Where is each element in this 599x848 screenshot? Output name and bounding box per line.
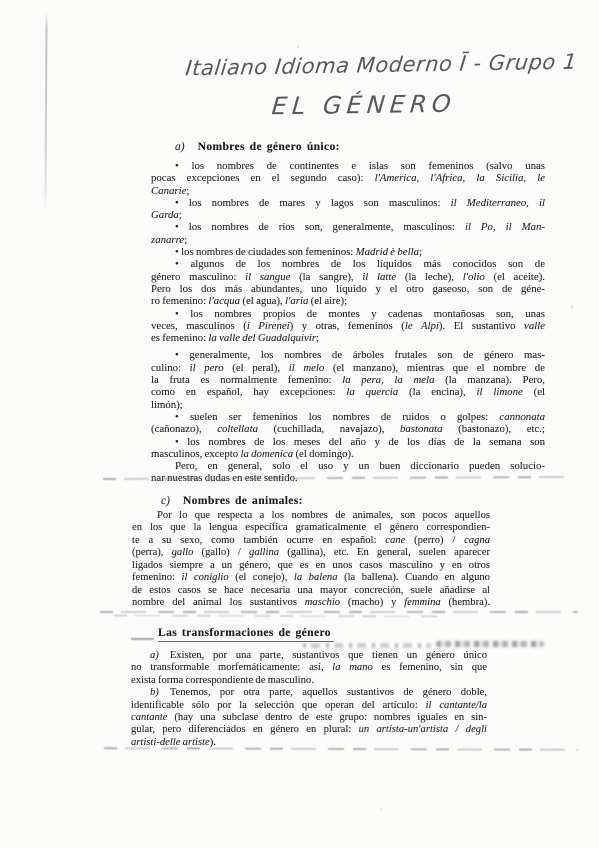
text-line: • los nombres de ríos son, generalmente,…: [151, 221, 545, 233]
section-body-transformaciones: a)Existen, por una parte, sustantivos qu…: [131, 650, 487, 749]
section-heading-transformaciones: Las transformaciones de género: [158, 623, 334, 641]
text-line: masculinos, excepto la domenica (el domi…: [151, 448, 545, 460]
crease-line-artifact: [131, 638, 154, 640]
text-run: ligados siempre a un género, que es en u…: [132, 560, 490, 571]
text-run: il melo: [289, 362, 325, 374]
text-run: • los nombres de mares y lagos son mascu…: [175, 197, 451, 209]
text-run: (el aceite).: [485, 271, 545, 283]
text-run: • los nombres propios de montes y cadena…: [175, 308, 545, 320]
text-line: pocas excepciones en el segundo caso): l…: [151, 172, 545, 184]
text-run: ;: [179, 209, 182, 221]
page-edge-line-artifact: [44, 13, 47, 211]
text-line: es femenino: la valle del Guadalquivir;: [151, 332, 545, 344]
text-run: (perro) /: [405, 535, 464, 546]
ink-speck-artifact: [297, 46, 299, 48]
text-run: (el peral),: [224, 362, 289, 374]
text-run: (la encina),: [398, 386, 476, 398]
text-run: la mano: [332, 662, 373, 673]
text-line: de estos casos se hace necesaria una may…: [132, 585, 490, 597]
text-line: en los que la lengua específica gramatic…: [132, 522, 490, 534]
text-line: cantante (hay una subclase dentro de est…: [131, 712, 487, 724]
text-run: b): [150, 687, 159, 698]
text-run: il limone: [477, 386, 523, 398]
section-title: Nombres de género único:: [198, 140, 340, 153]
text-run: l'aria: [285, 295, 308, 307]
text-line: Pero los dos más abundantes, uno líquido…: [151, 283, 545, 295]
crease-line-artifact: [114, 615, 444, 617]
text-run: l'America, l'Africa, la Sicilia, le: [375, 172, 545, 184]
text-run: (hay una subclase dentro de este grupo: …: [167, 712, 487, 723]
text-line: identificable sólo por la selección que …: [131, 700, 487, 712]
handwriting-page-title: EL GÉNERO: [271, 90, 457, 121]
text-line: ro femenino: l'acqua (el agua), l'aria (…: [151, 295, 545, 307]
text-line: • los nombres de continentes e islas son…: [151, 160, 545, 172]
text-line: género masculino: il sangue (la sangre),…: [151, 271, 545, 283]
text-run: • los nombres de ríos son, generalmente,…: [175, 221, 465, 233]
text-line: • los nombres de ciudades son femeninos:…: [151, 246, 545, 258]
paragraph: • los nombres de mares y lagos son mascu…: [151, 197, 545, 222]
paragraph: b)Tenemos, por otra parte, aquellos sust…: [131, 687, 487, 749]
ghost-text-artifact: [303, 643, 431, 648]
text-run: género masculino:: [151, 271, 245, 283]
text-run: en los que la lengua específica gramatic…: [132, 522, 490, 533]
text-run: bastonata: [400, 423, 443, 435]
text-run: Garda: [151, 209, 179, 221]
text-run: le Alpi: [405, 320, 439, 332]
text-run: cannonata: [499, 411, 545, 423]
text-run: (la ballena). Cuando en alguno: [338, 572, 490, 583]
text-line: (perra), gallo (gallo) / gallina (gallin…: [132, 547, 490, 559]
text-run: • los nombres de continentes e islas son…: [175, 160, 545, 172]
text-run: (bastonazo), etc.;: [443, 423, 545, 435]
section-marker: c): [161, 495, 170, 507]
paragraph: • los nombres de los meses del año y de …: [151, 436, 545, 461]
text-line: • los nombres de los meses del año y de …: [151, 436, 545, 448]
ink-speck-artifact: [538, 280, 541, 282]
text-run: ;: [316, 332, 319, 344]
text-run: (el conejo),: [229, 572, 294, 583]
text-run: ;: [186, 185, 189, 197]
text-run: Por lo que respecta a los nombres de ani…: [157, 510, 490, 521]
text-run: (la sangre),: [290, 271, 362, 283]
text-line: como en español, hay excepciones: la que…: [151, 386, 545, 398]
text-run: es femenino, sin que: [373, 662, 487, 673]
text-run: zanarre: [151, 234, 184, 246]
crease-line-artifact: [104, 747, 578, 751]
text-run: (perra),: [132, 547, 172, 558]
text-line: • los nombres de mares y lagos son mascu…: [151, 197, 545, 209]
text-run: la quercia: [346, 386, 398, 398]
text-run: Canarie: [151, 185, 186, 197]
text-run: Madrid è bella: [356, 246, 419, 258]
section-title: Las transformaciones de género: [158, 626, 334, 642]
section-body-animales: Por lo que respecta a los nombres de ani…: [132, 510, 490, 610]
text-run: Pero, en general, solo el uso y un buen …: [175, 460, 545, 472]
text-run: il coniglio: [182, 572, 229, 583]
text-line: • generalmente, los nombres de árboles f…: [151, 349, 545, 361]
section-body-genero-unico: • los nombres de continentes e islas son…: [151, 160, 545, 485]
paragraph: • generalmente, los nombres de árboles f…: [151, 349, 545, 410]
ghost-text-artifact: [436, 641, 544, 647]
text-run: como en español, hay excepciones:: [151, 386, 346, 398]
text-line: nombre del animal los sustantivos maschi…: [132, 597, 490, 609]
text-run: valle: [524, 320, 545, 332]
text-line: te a su sexo, como también ocurre en esp…: [132, 535, 490, 547]
ink-speck-artifact: [380, 808, 382, 810]
text-run: (macho) y: [340, 597, 404, 608]
text-run: cagna: [464, 535, 490, 546]
text-line: Garda;: [151, 209, 545, 221]
text-run: gular, pero diferenciados en género en p…: [131, 724, 359, 735]
text-run: l'olio: [463, 271, 485, 283]
text-run: (cuchillada, navajazo),: [258, 423, 400, 435]
text-run: veces, masculinos (: [151, 320, 247, 332]
text-line: exista forma correspondiente de masculin…: [131, 675, 487, 687]
text-run: no transformable morfemáticamente: así,: [131, 662, 332, 673]
text-run: il cantante/la: [426, 700, 487, 711]
text-line: gular, pero diferenciados en género en p…: [131, 724, 487, 736]
text-run: de estos casos se hace necesaria una may…: [132, 585, 490, 596]
text-run: gallo: [172, 547, 194, 558]
text-line: Canarie;: [151, 185, 545, 197]
text-run: ro femenino:: [151, 295, 208, 307]
text-run: il Mediterraneo, il: [451, 197, 545, 209]
text-run: a): [150, 650, 159, 661]
paragraph: a)Existen, por una parte, sustantivos qu…: [131, 650, 487, 687]
text-line: culino: il pero (el peral), il melo (el …: [151, 362, 545, 374]
section-heading-animales: c)Nombres de animales:: [161, 491, 303, 509]
text-run: ).: [210, 737, 216, 748]
text-run: ). El sustantivo: [439, 320, 524, 332]
text-run: identificable sólo por la selección que …: [131, 700, 426, 711]
text-run: ;: [419, 246, 422, 258]
paragraph: Por lo que respecta a los nombres de ani…: [132, 510, 490, 610]
text-run: i Pirenei: [247, 320, 290, 332]
text-line: • suelen ser femeninos los nombres de ru…: [151, 411, 545, 423]
handwriting-course-title: Italiano Idioma Moderno Ī - Grupo 1: [184, 50, 578, 81]
text-run: l'acqua: [208, 295, 240, 307]
paragraph: • suelen ser femeninos los nombres de ru…: [151, 411, 545, 436]
text-line: Por lo que respecta a los nombres de ani…: [132, 510, 490, 522]
text-run: la fruta es normalmente femenino:: [151, 374, 342, 386]
text-line: no transformable morfemáticamente: así, …: [131, 662, 487, 674]
text-line: femenino: il coniglio (el conejo), la ba…: [132, 572, 490, 584]
text-run: femenino:: [132, 572, 182, 583]
scanned-page: Italiano Idioma Moderno Ī - Grupo 1 EL G…: [0, 0, 599, 848]
text-run: Pero los dos más abundantes, uno líquido…: [151, 283, 545, 295]
text-run: la pera, la mela: [342, 374, 434, 386]
text-run: il latte: [362, 271, 396, 283]
section-title: Nombres de animales:: [183, 494, 303, 507]
text-run: ) y otras, femeninos (: [290, 320, 405, 332]
text-run: (el agua),: [240, 295, 285, 307]
ink-speck-artifact: [571, 306, 573, 308]
text-run: pocas excepciones en el segundo caso):: [151, 172, 375, 184]
text-line: zanarre;: [151, 234, 545, 246]
text-run: (el: [523, 386, 545, 398]
text-run: la balena: [294, 572, 338, 583]
text-line: a)Existen, por una parte, sustantivos qu…: [131, 650, 487, 662]
text-run: cane: [385, 535, 405, 546]
text-run: • los nombres de los meses del año y de …: [175, 436, 545, 448]
text-run: il sangue: [245, 271, 290, 283]
text-run: il Po, il Man-: [465, 221, 545, 233]
text-line: ligados siempre a un género, que es en u…: [132, 560, 490, 572]
paragraph: • los nombres de ríos son, generalmente,…: [151, 221, 545, 246]
text-line: veces, masculinos (i Pirenei) y otras, f…: [151, 320, 545, 332]
text-run: cantante: [131, 712, 167, 723]
text-run: • los nombres de ciudades son femeninos:: [175, 246, 356, 258]
text-run: (la manzana). Pero,: [434, 374, 545, 386]
text-line: (cañonazo), coltellata (cuchillada, nava…: [151, 423, 545, 435]
paragraph: • los nombres propios de montes y cadena…: [151, 308, 545, 345]
text-run: (hembra).: [441, 597, 490, 608]
text-line: • los nombres propios de montes y cadena…: [151, 308, 545, 320]
paragraph: • algunos de los nombres de los líquidos…: [151, 258, 545, 307]
text-line: Pero, en general, solo el uso y un buen …: [151, 460, 545, 472]
text-run: • suelen ser femeninos los nombres de ru…: [175, 411, 499, 423]
text-run: (gallina), etc. En general, suelen apare…: [279, 547, 490, 558]
text-run: la valle del Guadalquivir: [208, 332, 316, 344]
text-run: il pero: [190, 362, 224, 374]
text-run: masculinos, excepto: [151, 448, 240, 460]
paragraph: • los nombres de continentes e islas son…: [151, 160, 545, 197]
text-run: Existen, por una parte, sustantivos que …: [170, 650, 487, 661]
paragraph: Pero, en general, solo el uso y un buen …: [151, 460, 545, 485]
text-run: culino:: [151, 362, 190, 374]
text-run: Tenemos, por otra parte, aquellos sustan…: [170, 687, 487, 698]
text-run: • generalmente, los nombres de árboles f…: [175, 349, 545, 361]
text-run: ;: [184, 234, 187, 246]
text-run: (gallo) /: [193, 547, 249, 558]
text-run: la domenica: [240, 448, 293, 460]
text-run: (el aire);: [308, 295, 347, 307]
section-marker: a): [175, 141, 185, 153]
section-heading-genero-unico: a)Nombres de género único:: [175, 137, 340, 155]
text-line: b)Tenemos, por otra parte, aquellos sust…: [131, 687, 487, 699]
text-run: te a su sexo, como también ocurre en esp…: [132, 535, 385, 546]
text-run: gallina: [249, 547, 279, 558]
text-run: femmina: [404, 597, 440, 608]
text-run: artisti-delle artiste: [131, 737, 210, 748]
text-run: (el manzano), mientras que el nombre de: [324, 362, 545, 374]
text-run: (el domingo).: [293, 448, 354, 460]
paragraph: • los nombres de ciudades son femeninos:…: [151, 246, 545, 258]
text-run: un artista-un'artista / degli: [359, 724, 487, 735]
text-run: (la leche),: [396, 271, 463, 283]
text-run: • algunos de los nombres de los líquidos…: [175, 258, 545, 270]
text-run: es femenino:: [151, 332, 208, 344]
text-run: limón);: [151, 399, 183, 411]
text-run: (cañonazo),: [151, 423, 217, 435]
text-run: exista forma correspondiente de masculin…: [131, 675, 314, 686]
text-run: nombre del animal los sustantivos: [132, 597, 305, 608]
text-line: limón);: [151, 399, 545, 411]
text-run: maschio: [305, 597, 340, 608]
text-line: • algunos de los nombres de los líquidos…: [151, 258, 545, 270]
text-run: coltellata: [217, 423, 258, 435]
text-line: la fruta es normalmente femenino: la per…: [151, 374, 545, 386]
crease-line-artifact: [100, 611, 578, 613]
